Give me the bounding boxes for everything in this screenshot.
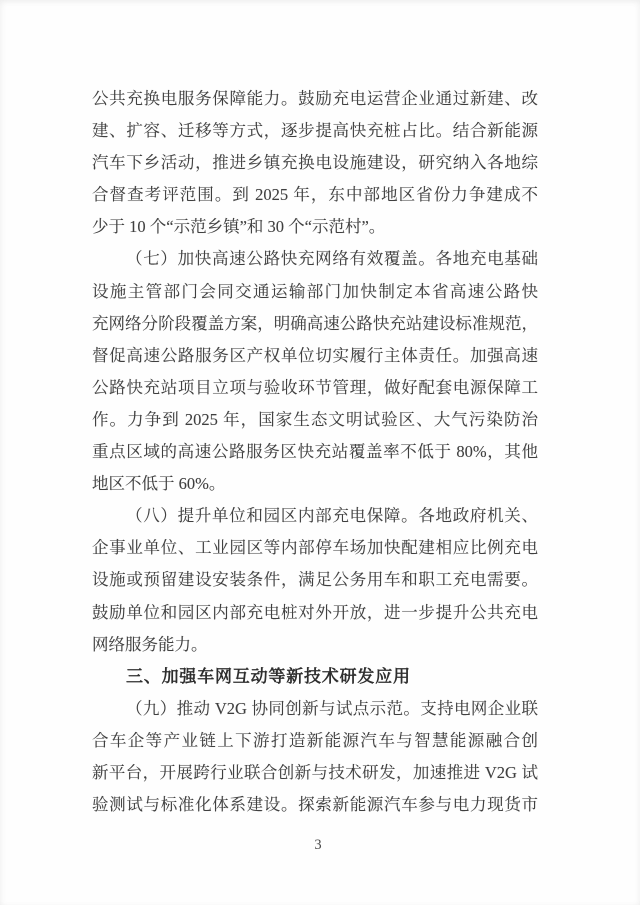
page-number: 3 [0, 837, 636, 854]
text-line: 验测试与标准化体系建设。探索新能源汽车参与电力现货市 [92, 789, 538, 821]
text-line: 汽车下乡活动，推进乡镇充换电设施建设，研究纳入各地综 [92, 147, 538, 179]
document-text-block: 公共充换电服务保障能力。鼓励充电运营企业通过新建、改建、扩容、迁移等方式，逐步提… [92, 83, 538, 821]
text-line: 建、扩容、迁移等方式，逐步提高快充桩占比。结合新能源 [92, 115, 538, 147]
text-line: 督促高速公路服务区产权单位切实履行主体责任。加强高速 [92, 340, 538, 372]
text-line: 充网络分阶段覆盖方案，明确高速公路快充站建设标准规范， [92, 308, 538, 340]
section-heading: 三、加强车网互动等新技术研发应用 [92, 661, 538, 693]
text-line: 合督查考评范围。到 2025 年，东中部地区省份力争建成不 [92, 179, 538, 211]
text-line: 地区不低于 60%。 [92, 468, 538, 500]
text-line: （八）提升单位和园区内部充电保障。各地政府机关、 [92, 500, 538, 532]
text-line: 公路快充站项目立项与验收环节管理，做好配套电源保障工 [92, 372, 538, 404]
text-line: 设施主管部门会同交通运输部门加快制定本省高速公路快 [92, 276, 538, 308]
text-line: 鼓励单位和园区内部充电桩对外开放，进一步提升公共充电 [92, 597, 538, 629]
text-line: 新平台，开展跨行业联合创新与技术研发，加速推进 V2G 试 [92, 757, 538, 789]
text-line: 重点区域的高速公路服务区快充站覆盖率不低于 80%，其他 [92, 436, 538, 468]
text-line: 设施或预留建设安装条件，满足公务用车和职工充电需要。 [92, 564, 538, 596]
document-page: 公共充换电服务保障能力。鼓励充电运营企业通过新建、改建、扩容、迁移等方式，逐步提… [0, 0, 640, 905]
text-line: 合车企等产业链上下游打造新能源汽车与智慧能源融合创 [92, 725, 538, 757]
text-line: （七）加快高速公路快充网络有效覆盖。各地充电基础 [92, 243, 538, 275]
text-line: 少于 10 个“示范乡镇”和 30 个“示范村”。 [92, 211, 538, 243]
text-line: 公共充换电服务保障能力。鼓励充电运营企业通过新建、改 [92, 83, 538, 115]
text-line: 网络服务能力。 [92, 629, 538, 661]
text-line: 作。力争到 2025 年，国家生态文明试验区、大气污染防治 [92, 404, 538, 436]
text-line: 企事业单位、工业园区等内部停车场加快配建相应比例充电 [92, 532, 538, 564]
text-line: （九）推动 V2G 协同创新与试点示范。支持电网企业联 [92, 693, 538, 725]
